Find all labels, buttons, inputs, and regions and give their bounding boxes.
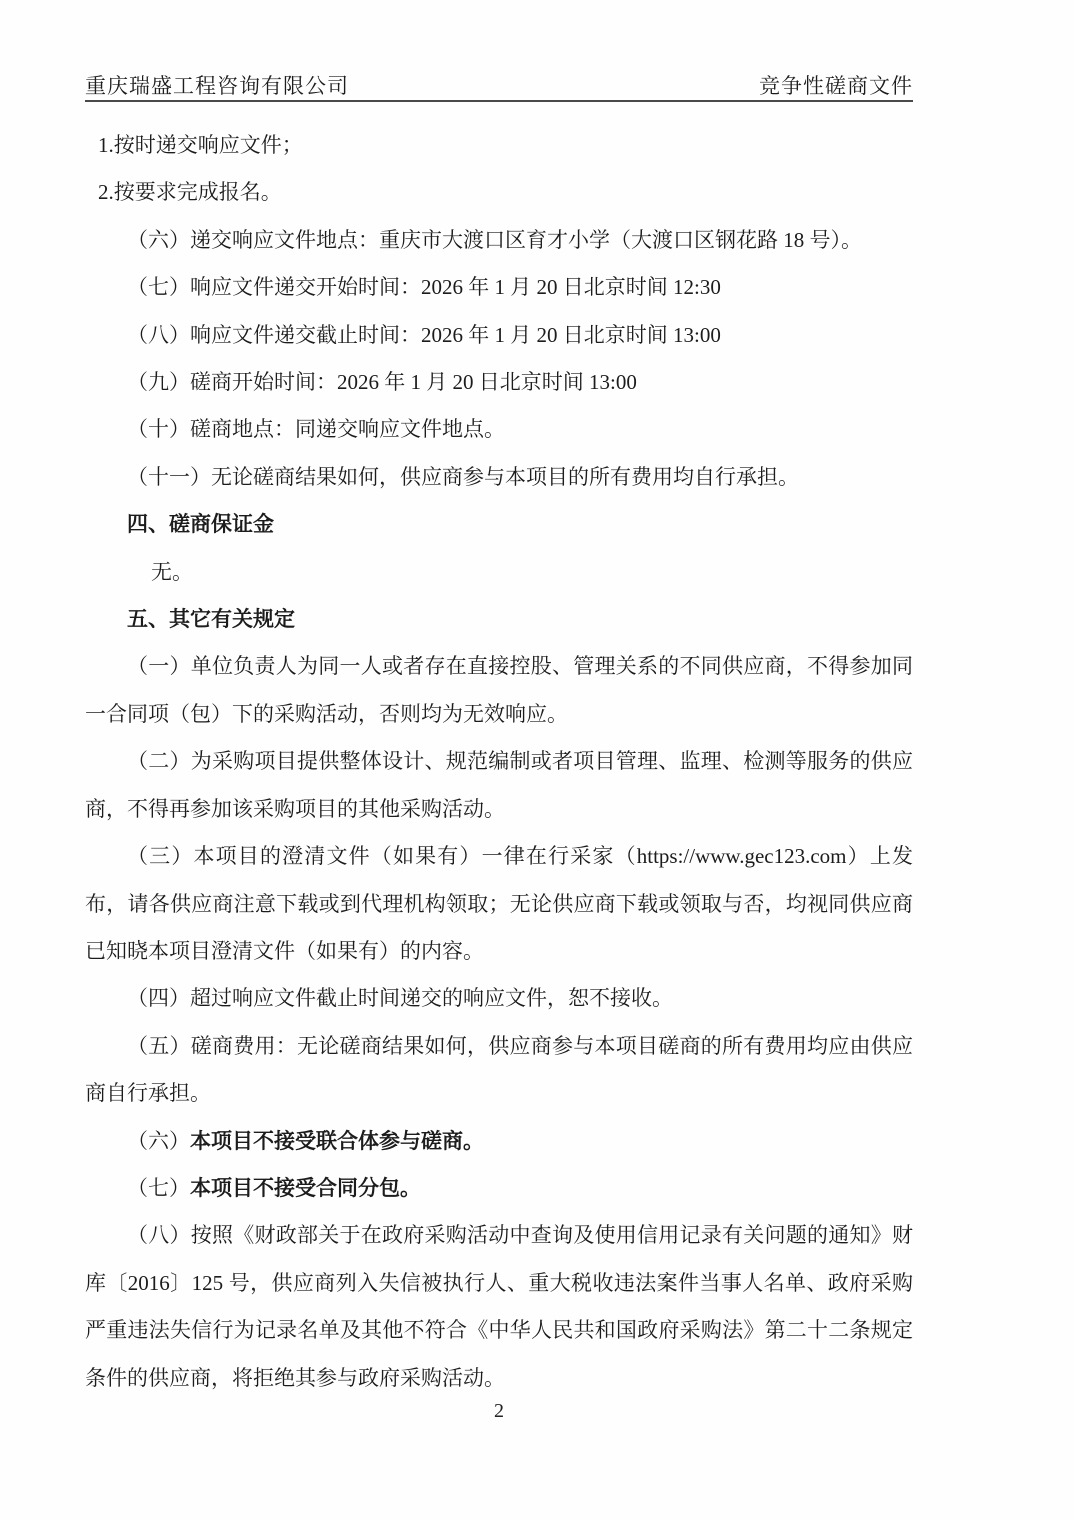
requirement-item-2: 2.按要求完成报名。 (85, 169, 913, 216)
header-document-type: 竞争性磋商文件 (759, 74, 913, 98)
page-footer: 2 (85, 1399, 913, 1423)
rule-4-late-submission: （四）超过响应文件截止时间递交的响应文件，恕不接收。 (85, 975, 913, 1022)
clause-10-consultation-location: （十）磋商地点：同递交响应文件地点。 (85, 406, 913, 453)
rule-6-statement: 本项目不接受联合体参与磋商。 (190, 1129, 484, 1153)
requirement-item-1: 1.按时递交响应文件； (85, 122, 913, 169)
clause-11-cost-responsibility: （十一）无论磋商结果如何，供应商参与本项目的所有费用均自行承担。 (85, 454, 913, 501)
rule-6-no-consortium: （六）本项目不接受联合体参与磋商。 (85, 1118, 913, 1165)
header-company-name: 重庆瑞盛工程咨询有限公司 (85, 74, 349, 98)
rule-7-number: （七） (127, 1176, 190, 1200)
page-number: 2 (494, 1400, 504, 1422)
clause-7-submission-start-time: （七）响应文件递交开始时间：2026 年 1 月 20 日北京时间 12:30 (85, 264, 913, 311)
rule-6-number: （六） (127, 1129, 190, 1153)
rule-1-same-responsible-person: （一）单位负责人为同一人或者存在直接控股、管理关系的不同供应商，不得参加同一合同… (85, 643, 913, 738)
section-5-heading: 五、其它有关规定 (85, 596, 913, 643)
clause-8-submission-deadline: （八）响应文件递交截止时间：2026 年 1 月 20 日北京时间 13:00 (85, 312, 913, 359)
clause-9-consultation-start-time: （九）磋商开始时间：2026 年 1 月 20 日北京时间 13:00 (85, 359, 913, 406)
rule-7-statement: 本项目不接受合同分包。 (190, 1176, 421, 1200)
section-4-heading: 四、磋商保证金 (85, 501, 913, 548)
document-page: 重庆瑞盛工程咨询有限公司 竞争性磋商文件 1.按时递交响应文件； 2.按要求完成… (0, 0, 1074, 1520)
rule-8-credit-records: （八）按照《财政部关于在政府采购活动中查询及使用信用记录有关问题的通知》财库〔2… (85, 1212, 913, 1402)
clause-6-submission-location: （六）递交响应文件地点：重庆市大渡口区育才小学（大渡口区钢花路 18 号）。 (85, 217, 913, 264)
document-body: 1.按时递交响应文件； 2.按要求完成报名。 （六）递交响应文件地点：重庆市大渡… (85, 122, 913, 1402)
rule-7-no-subcontract: （七）本项目不接受合同分包。 (85, 1165, 913, 1212)
page-header: 重庆瑞盛工程咨询有限公司 竞争性磋商文件 (85, 74, 913, 98)
header-divider (85, 100, 913, 102)
rule-5-consultation-fees: （五）磋商费用：无论磋商结果如何，供应商参与本项目磋商的所有费用均应由供应商自行… (85, 1023, 913, 1118)
rule-2-design-service-provider: （二）为采购项目提供整体设计、规范编制或者项目管理、监理、检测等服务的供应商，不… (85, 738, 913, 833)
section-4-content: 无。 (85, 549, 913, 596)
rule-3-clarification-documents: （三）本项目的澄清文件（如果有）一律在行采家（https://www.gec12… (85, 833, 913, 975)
